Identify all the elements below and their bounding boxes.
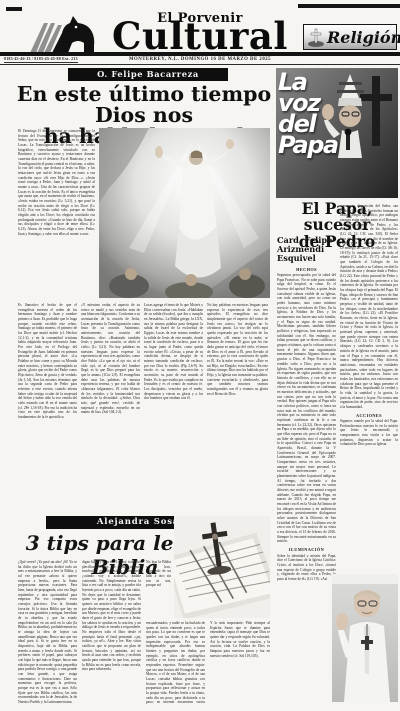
byline-arizmendi: Card. Felipe Arizmendi Esquivel [277,236,336,264]
bible-photo [174,516,270,618]
biblia-column-4: Y lo más importante: Pide siempre al Esp… [210,621,270,705]
pope-francis-photo [332,574,398,702]
la-voz-del-papa-promo: La voz del Papa [276,68,398,198]
papa-acciones-text: Sigamos orando por la salud del Papa. Pr… [340,419,398,447]
subhead-acciones: ACCIONES [340,413,398,418]
cross-icon [307,27,325,47]
papa-column-1: Card. Felipe Arizmendi Esquivel HECHOS S… [277,236,336,707]
dateline: MONTERREY, N.L. DOMINGO 16 DE MARZO DE 2… [0,57,400,62]
hijo-column-1: El Domingo II de Cuaresma se caracteriza… [18,129,95,298]
papa-col2-text: como por disposición del Señor, san Pedr… [340,204,398,410]
scan-mark-left [6,7,22,11]
badge-label: Religión [327,28,400,47]
newspaper-page: El Porvenir Cultural Religión 8183-45-46… [0,0,400,711]
byline-arizmendi-line2: Arizmendi Esquivel [277,245,336,263]
byline-bacarreza: O. Felipe Bacarreza [68,68,228,81]
subhead-iluminacion: ILUMINACIÓN [277,547,336,552]
masthead-rule-thin [0,64,400,65]
hijo-column-3: «Y mientras oraba, el aspecto de su rost… [81,303,140,510]
biblia-column-3: encuadernados, y nadie se ha burlado de … [146,621,205,705]
biblia-column-1: ¿Qué creen? ¡Ya pasó un año! ¡Sí! Ya se … [18,560,77,705]
hijo-column-2: Es llamativo el hecho de que el evangeli… [18,303,77,510]
headline-hijo-line1: En este último tiempo Dios nos [16,84,272,126]
papa-column-2: como por disposición del Señor, san Pedr… [340,204,398,568]
scan-mark-right [298,4,400,8]
transfiguration-photo [99,128,270,298]
hijo-column-5: No hay palabras en nuestras lenguas para… [207,303,268,510]
papa-iluminacion-text: Sobre la identidad y misión del Papa, di… [277,554,336,582]
subhead-hechos: HECHOS [277,267,336,272]
promo-word-papa: Papa [278,135,338,156]
biblia-column-2: digan lugar y hora en el menú; todos los… [82,560,141,705]
biblia-column-3-strip: No leas la Biblia a lo loco, brincando d… [146,560,171,616]
hijo-column-4: Lucas agrega el tema de lo que Moisés y … [144,303,203,510]
papa-hechos-text: Seguimos preocupados por la salud del Pa… [277,273,336,544]
religion-badge: Religión [303,24,397,50]
promo-title: La voz del Papa [278,72,338,156]
